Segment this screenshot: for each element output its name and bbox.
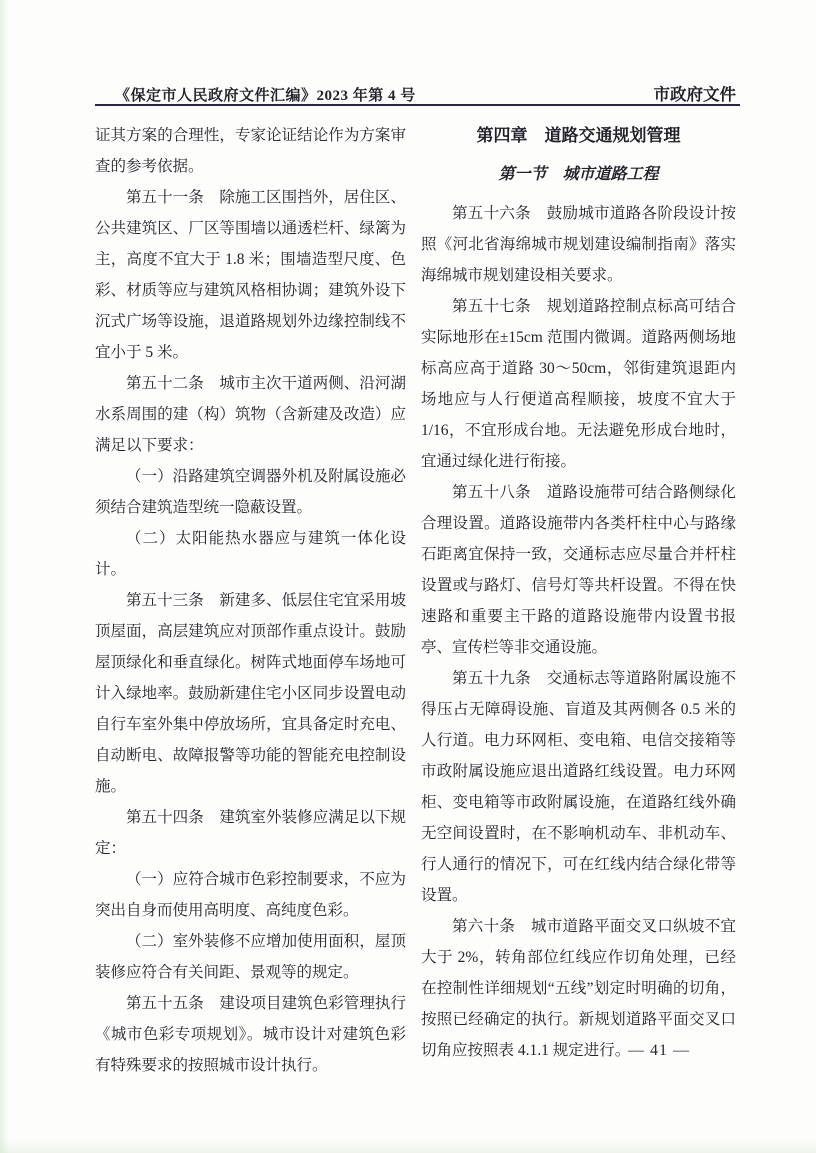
document-page: 《保定市人民政府文件汇编》2023 年第 4 号 市政府文件 证其方案的合理性，…	[0, 0, 816, 1153]
paragraph-article-51: 第五十一条 除施工区围挡外，居住区、公共建筑区、厂区等围墙以通透栏杆、绿篱为主，…	[95, 182, 406, 368]
header-doc-category: 市政府文件	[654, 81, 737, 105]
paragraph-item-1: （一）应符合城市色彩控制要求，不应为突出自身而使用高明度、高纯度色彩。	[95, 864, 406, 926]
header-divider	[95, 104, 740, 106]
page-number: — 41 —	[628, 1042, 690, 1060]
paragraph-article-55: 第五十五条 建设项目建筑色彩管理执行《城市色彩专项规划》。城市设计对建筑色彩有特…	[95, 988, 406, 1081]
right-column: 第四章 道路交通规划管理 第一节 城市道路工程 第五十六条 鼓励城市道路各阶段设…	[421, 120, 736, 1081]
paragraph-item-1: （一）沿路建筑空调器外机及附属设施必须结合建筑造型统一隐蔽设置。	[95, 461, 406, 523]
paragraph-article-56: 第五十六条 鼓励城市道路各阶段设计按照《河北省海绵城市规划建设编制指南》落实海绵…	[421, 198, 736, 291]
left-column: 证其方案的合理性，专家论证结论作为方案审查的参考依据。 第五十一条 除施工区围挡…	[95, 120, 406, 1081]
document-body: 证其方案的合理性，专家论证结论作为方案审查的参考依据。 第五十一条 除施工区围挡…	[95, 120, 736, 1081]
page-header: 《保定市人民政府文件汇编》2023 年第 4 号 市政府文件	[115, 81, 736, 105]
section-heading: 第一节 城市道路工程	[421, 159, 736, 190]
paragraph-article-54: 第五十四条 建筑室外装修应满足以下规定：	[95, 802, 406, 864]
paragraph-article-59: 第五十九条 交通标志等道路附属设施不得压占无障碍设施、盲道及其两侧各 0.5 米…	[421, 663, 736, 911]
paragraph-article-52: 第五十二条 城市主次干道两侧、沿河湖水系周围的建（构）筑物（含新建及改造）应满足…	[95, 368, 406, 461]
header-publication-title: 《保定市人民政府文件汇编》2023 年第 4 号	[115, 84, 416, 105]
paragraph-continuation: 证其方案的合理性，专家论证结论作为方案审查的参考依据。	[95, 120, 406, 182]
paragraph-article-53: 第五十三条 新建多、低层住宅宜采用坡顶屋面，高层建筑应对顶部作重点设计。鼓励屋顶…	[95, 585, 406, 802]
paragraph-item-2: （二）室外装修不应增加使用面积，屋顶装修应符合有关间距、景观等的规定。	[95, 926, 406, 988]
chapter-heading: 第四章 道路交通规划管理	[421, 120, 736, 151]
paragraph-article-58: 第五十八条 道路设施带可结合路侧绿化合理设置。道路设施带内各类杆柱中心与路缘石距…	[421, 477, 736, 663]
paragraph-item-2: （二）太阳能热水器应与建筑一体化设计。	[95, 523, 406, 585]
paragraph-article-57: 第五十七条 规划道路控制点标高可结合实际地形在±15cm 范围内微调。道路两侧场…	[421, 291, 736, 477]
